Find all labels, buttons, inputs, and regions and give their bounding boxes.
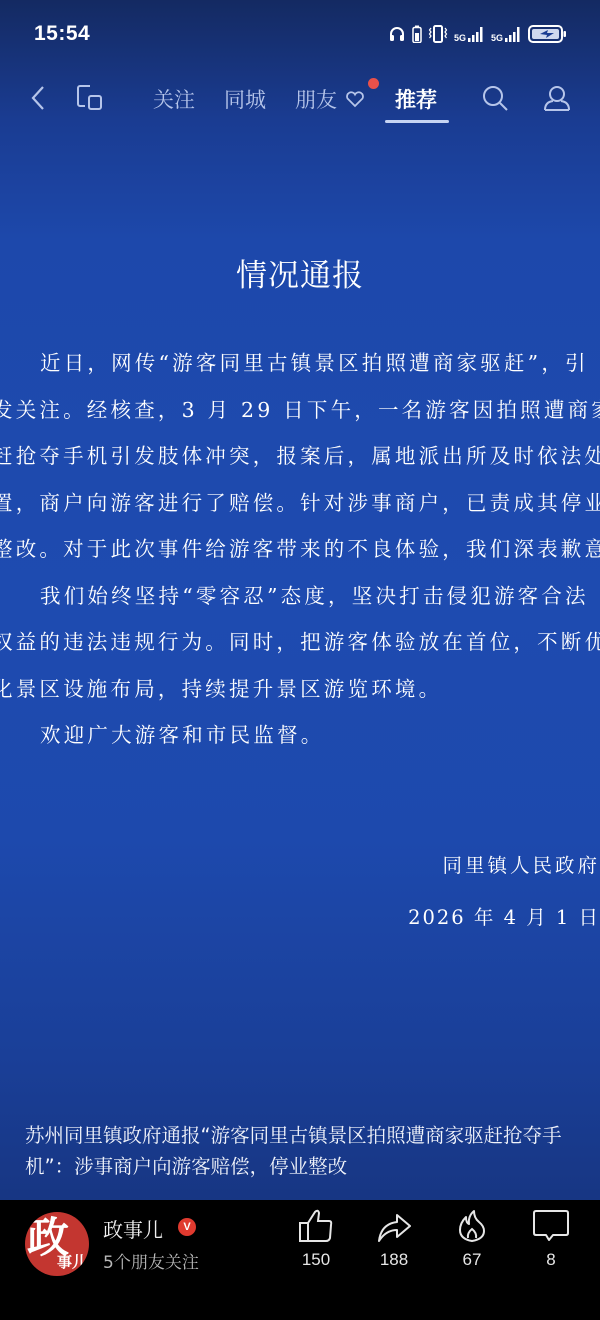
comment-bubble-icon xyxy=(531,1208,571,1244)
share-count: 188 xyxy=(364,1250,424,1270)
tab-friends-label: 朋友 xyxy=(295,88,337,112)
notice-line: 整改。对于此次事件给游客带来的不良体验，我们深表歉意。 xyxy=(0,526,600,573)
avatar-text-small: 事儿 xyxy=(57,1252,87,1272)
author-name[interactable]: 政事儿 xyxy=(103,1214,163,1243)
tab-recommended[interactable]: 推荐 xyxy=(395,84,437,114)
notice-line: 置，商户向游客进行了赔偿。针对涉事商户，已责成其停业 xyxy=(0,480,600,527)
notice-line: 权益的违法违规行为。同时，把游客体验放在首位，不断优 xyxy=(0,619,600,666)
status-icons: 5G 5G xyxy=(388,24,568,44)
chevron-left-icon[interactable] xyxy=(28,84,48,112)
video-caption[interactable]: 苏州同里镇政府通报“游客同里古镇景区拍照遭商家驱赶抢夺手机”：涉事商户向游客赔偿… xyxy=(25,1120,585,1182)
notice-signature: 同里镇人民政府 xyxy=(442,850,600,878)
share-button[interactable]: 188 xyxy=(364,1208,424,1270)
share-arrow-icon xyxy=(375,1208,413,1244)
tab-nearby[interactable]: 同城 xyxy=(224,84,266,114)
like-count: 150 xyxy=(286,1250,346,1270)
notice-line: 欢迎广大游客和市民监督。 xyxy=(0,712,600,759)
notice-title: 情况通报 xyxy=(0,250,600,295)
battery-charging-icon xyxy=(528,24,568,44)
notification-dot xyxy=(368,78,379,89)
status-bar: 15:54 5G 5G xyxy=(0,0,600,70)
notice-line: 我们始终坚持“零容忍”态度，坚决打击侵犯游客合法 xyxy=(0,573,600,620)
status-time: 15:54 xyxy=(34,22,90,46)
bottom-bar: 政 事儿 政事儿 V 5个朋友关注 150 188 67 8 xyxy=(0,1200,600,1320)
verified-badge-icon: V xyxy=(178,1218,196,1236)
comment-count: 8 xyxy=(521,1250,581,1270)
5g-signal-icon: 5G xyxy=(454,25,485,43)
notice-body: 近日，网传“游客同里古镇景区拍照遭商家驱赶”，引 发关注。经核查，3 月 29 … xyxy=(0,340,600,759)
thumbs-up-icon xyxy=(297,1208,335,1244)
notice-line: 赶抢夺手机引发肢体冲突，报案后，属地派出所及时依法处 xyxy=(0,433,600,480)
notice-line: 化景区设施布局，持续提升景区游览环境。 xyxy=(0,666,600,713)
comment-button[interactable]: 8 xyxy=(521,1208,581,1270)
like-button[interactable]: 150 xyxy=(286,1208,346,1270)
notice-line: 发关注。经核查，3 月 29 日下午，一名游客因拍照遭商家驱 xyxy=(0,387,600,434)
avatar[interactable]: 政 事儿 xyxy=(25,1212,89,1276)
multiwindow-icon[interactable] xyxy=(76,84,104,112)
tab-following[interactable]: 关注 xyxy=(153,84,195,114)
5g-signal-icon: 5G xyxy=(491,25,522,43)
headphones-icon xyxy=(388,25,406,43)
notice-line: 近日，网传“游客同里古镇景区拍照遭商家驱赶”，引 xyxy=(0,340,600,387)
hot-button[interactable]: 67 xyxy=(442,1208,502,1270)
video-screen[interactable]: 15:54 5G 5G 关注 同城 朋友 推荐 xyxy=(0,0,600,1200)
flame-icon xyxy=(455,1208,489,1244)
heart-icon xyxy=(344,89,366,109)
user-icon[interactable] xyxy=(542,84,572,112)
vibrate-icon xyxy=(428,25,448,43)
top-nav: 关注 同城 朋友 推荐 xyxy=(0,72,600,126)
active-tab-indicator xyxy=(385,120,449,123)
notice-date: 2026 年 4 月 1 日 xyxy=(408,902,600,930)
tab-friends[interactable]: 朋友 xyxy=(295,84,366,114)
hot-count: 67 xyxy=(442,1250,502,1270)
battery-small-icon xyxy=(412,25,422,43)
search-icon[interactable] xyxy=(481,84,509,112)
author-followers: 5个朋友关注 xyxy=(103,1248,199,1273)
